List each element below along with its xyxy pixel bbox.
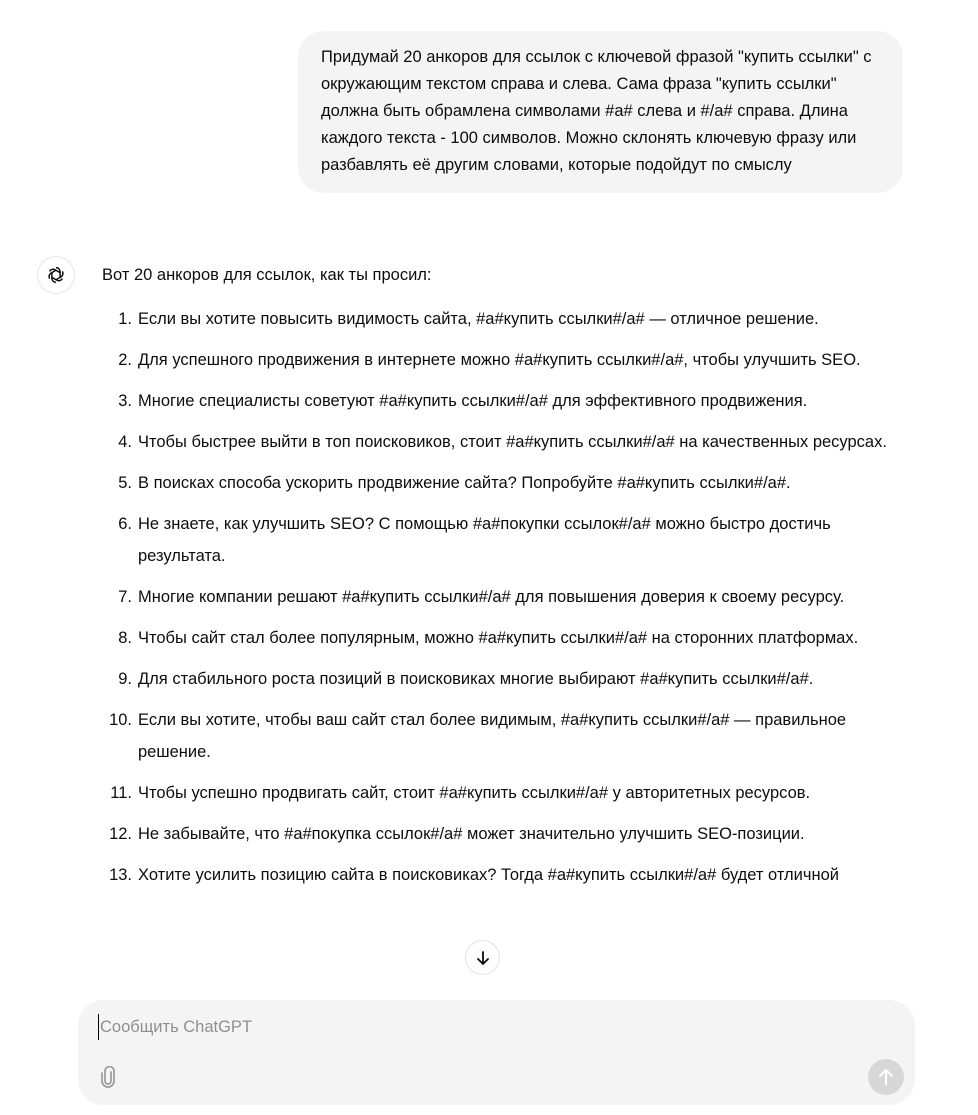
assistant-intro: Вот 20 анкоров для ссылок, как ты просил… <box>102 263 432 287</box>
list-item-number: 8. <box>102 622 132 654</box>
anchor-list-item: 9.Для стабильного роста позиций в поиско… <box>102 663 912 695</box>
list-item-text: Не забывайте, что #a#покупка ссылок#/a# … <box>138 825 805 843</box>
anchor-list-item: 5.В поисках способа ускорить продвижение… <box>102 467 912 499</box>
anchor-list-item: 3.Многие специалисты советуют #a#купить … <box>102 385 912 417</box>
list-item-number: 5. <box>102 467 132 499</box>
list-item-text: Если вы хотите повысить видимость сайта,… <box>138 310 819 328</box>
list-item-text: Для стабильного роста позиций в поискови… <box>138 670 813 688</box>
anchor-list-item: 11.Чтобы успешно продвигать сайт, стоит … <box>102 777 912 809</box>
list-item-number: 6. <box>102 508 132 540</box>
list-item-number: 2. <box>102 344 132 376</box>
list-item-text: Многие специалисты советуют #a#купить сс… <box>138 392 807 410</box>
user-message-bubble: Придумай 20 анкоров для ссылок с ключево… <box>298 31 903 193</box>
send-button[interactable] <box>868 1059 904 1095</box>
list-item-text: Если вы хотите, чтобы ваш сайт стал боле… <box>138 711 846 761</box>
list-item-number: 4. <box>102 426 132 458</box>
attach-button[interactable] <box>96 1064 120 1090</box>
anchor-list-item: 1.Если вы хотите повысить видимость сайт… <box>102 303 912 335</box>
anchor-list-item: 7.Многие компании решают #a#купить ссылк… <box>102 581 912 613</box>
composer <box>78 1000 915 1105</box>
list-item-text: В поисках способа ускорить продвижение с… <box>138 474 791 492</box>
anchor-list-item: 10.Если вы хотите, чтобы ваш сайт стал б… <box>102 704 912 768</box>
list-item-text: Чтобы сайт стал более популярным, можно … <box>138 629 858 647</box>
anchor-list-item: 12.Не забывайте, что #a#покупка ссылок#/… <box>102 818 912 850</box>
anchor-list-item: 2.Для успешного продвижения в интернете … <box>102 344 912 376</box>
openai-logo-icon <box>45 264 67 286</box>
list-item-text: Многие компании решают #a#купить ссылки#… <box>138 588 844 606</box>
list-item-number: 7. <box>102 581 132 613</box>
list-item-number: 11. <box>102 777 132 809</box>
list-item-number: 3. <box>102 385 132 417</box>
anchor-list-item: 6.Не знаете, как улучшить SEO? С помощью… <box>102 508 912 572</box>
list-item-number: 1. <box>102 303 132 335</box>
scroll-to-bottom-button[interactable] <box>465 940 500 975</box>
assistant-avatar <box>37 256 75 294</box>
anchor-list-item: 8.Чтобы сайт стал более популярным, можн… <box>102 622 912 654</box>
list-item-number: 9. <box>102 663 132 695</box>
message-input[interactable] <box>98 1014 838 1040</box>
anchor-list: 1.Если вы хотите повысить видимость сайт… <box>102 303 912 900</box>
list-item-number: 13. <box>102 859 132 891</box>
arrow-up-icon <box>878 1068 894 1086</box>
chat-page: Придумай 20 анкоров для ссылок с ключево… <box>0 0 978 1115</box>
list-item-text: Чтобы успешно продвигать сайт, стоит #a#… <box>138 784 810 802</box>
paperclip-icon <box>100 1066 116 1088</box>
anchor-list-item: 4.Чтобы быстрее выйти в топ поисковиков,… <box>102 426 912 458</box>
list-item-text: Хотите усилить позицию сайта в поисковик… <box>138 866 839 884</box>
list-item-text: Для успешного продвижения в интернете мо… <box>138 351 861 369</box>
arrow-down-icon <box>475 950 491 966</box>
list-item-number: 12. <box>102 818 132 850</box>
list-item-number: 10. <box>102 704 132 736</box>
anchor-list-item: 13.Хотите усилить позицию сайта в поиско… <box>102 859 912 891</box>
list-item-text: Чтобы быстрее выйти в топ поисковиков, с… <box>138 433 887 451</box>
user-message-text: Придумай 20 анкоров для ссылок с ключево… <box>321 48 872 174</box>
list-item-text: Не знаете, как улучшить SEO? С помощью #… <box>138 515 831 565</box>
